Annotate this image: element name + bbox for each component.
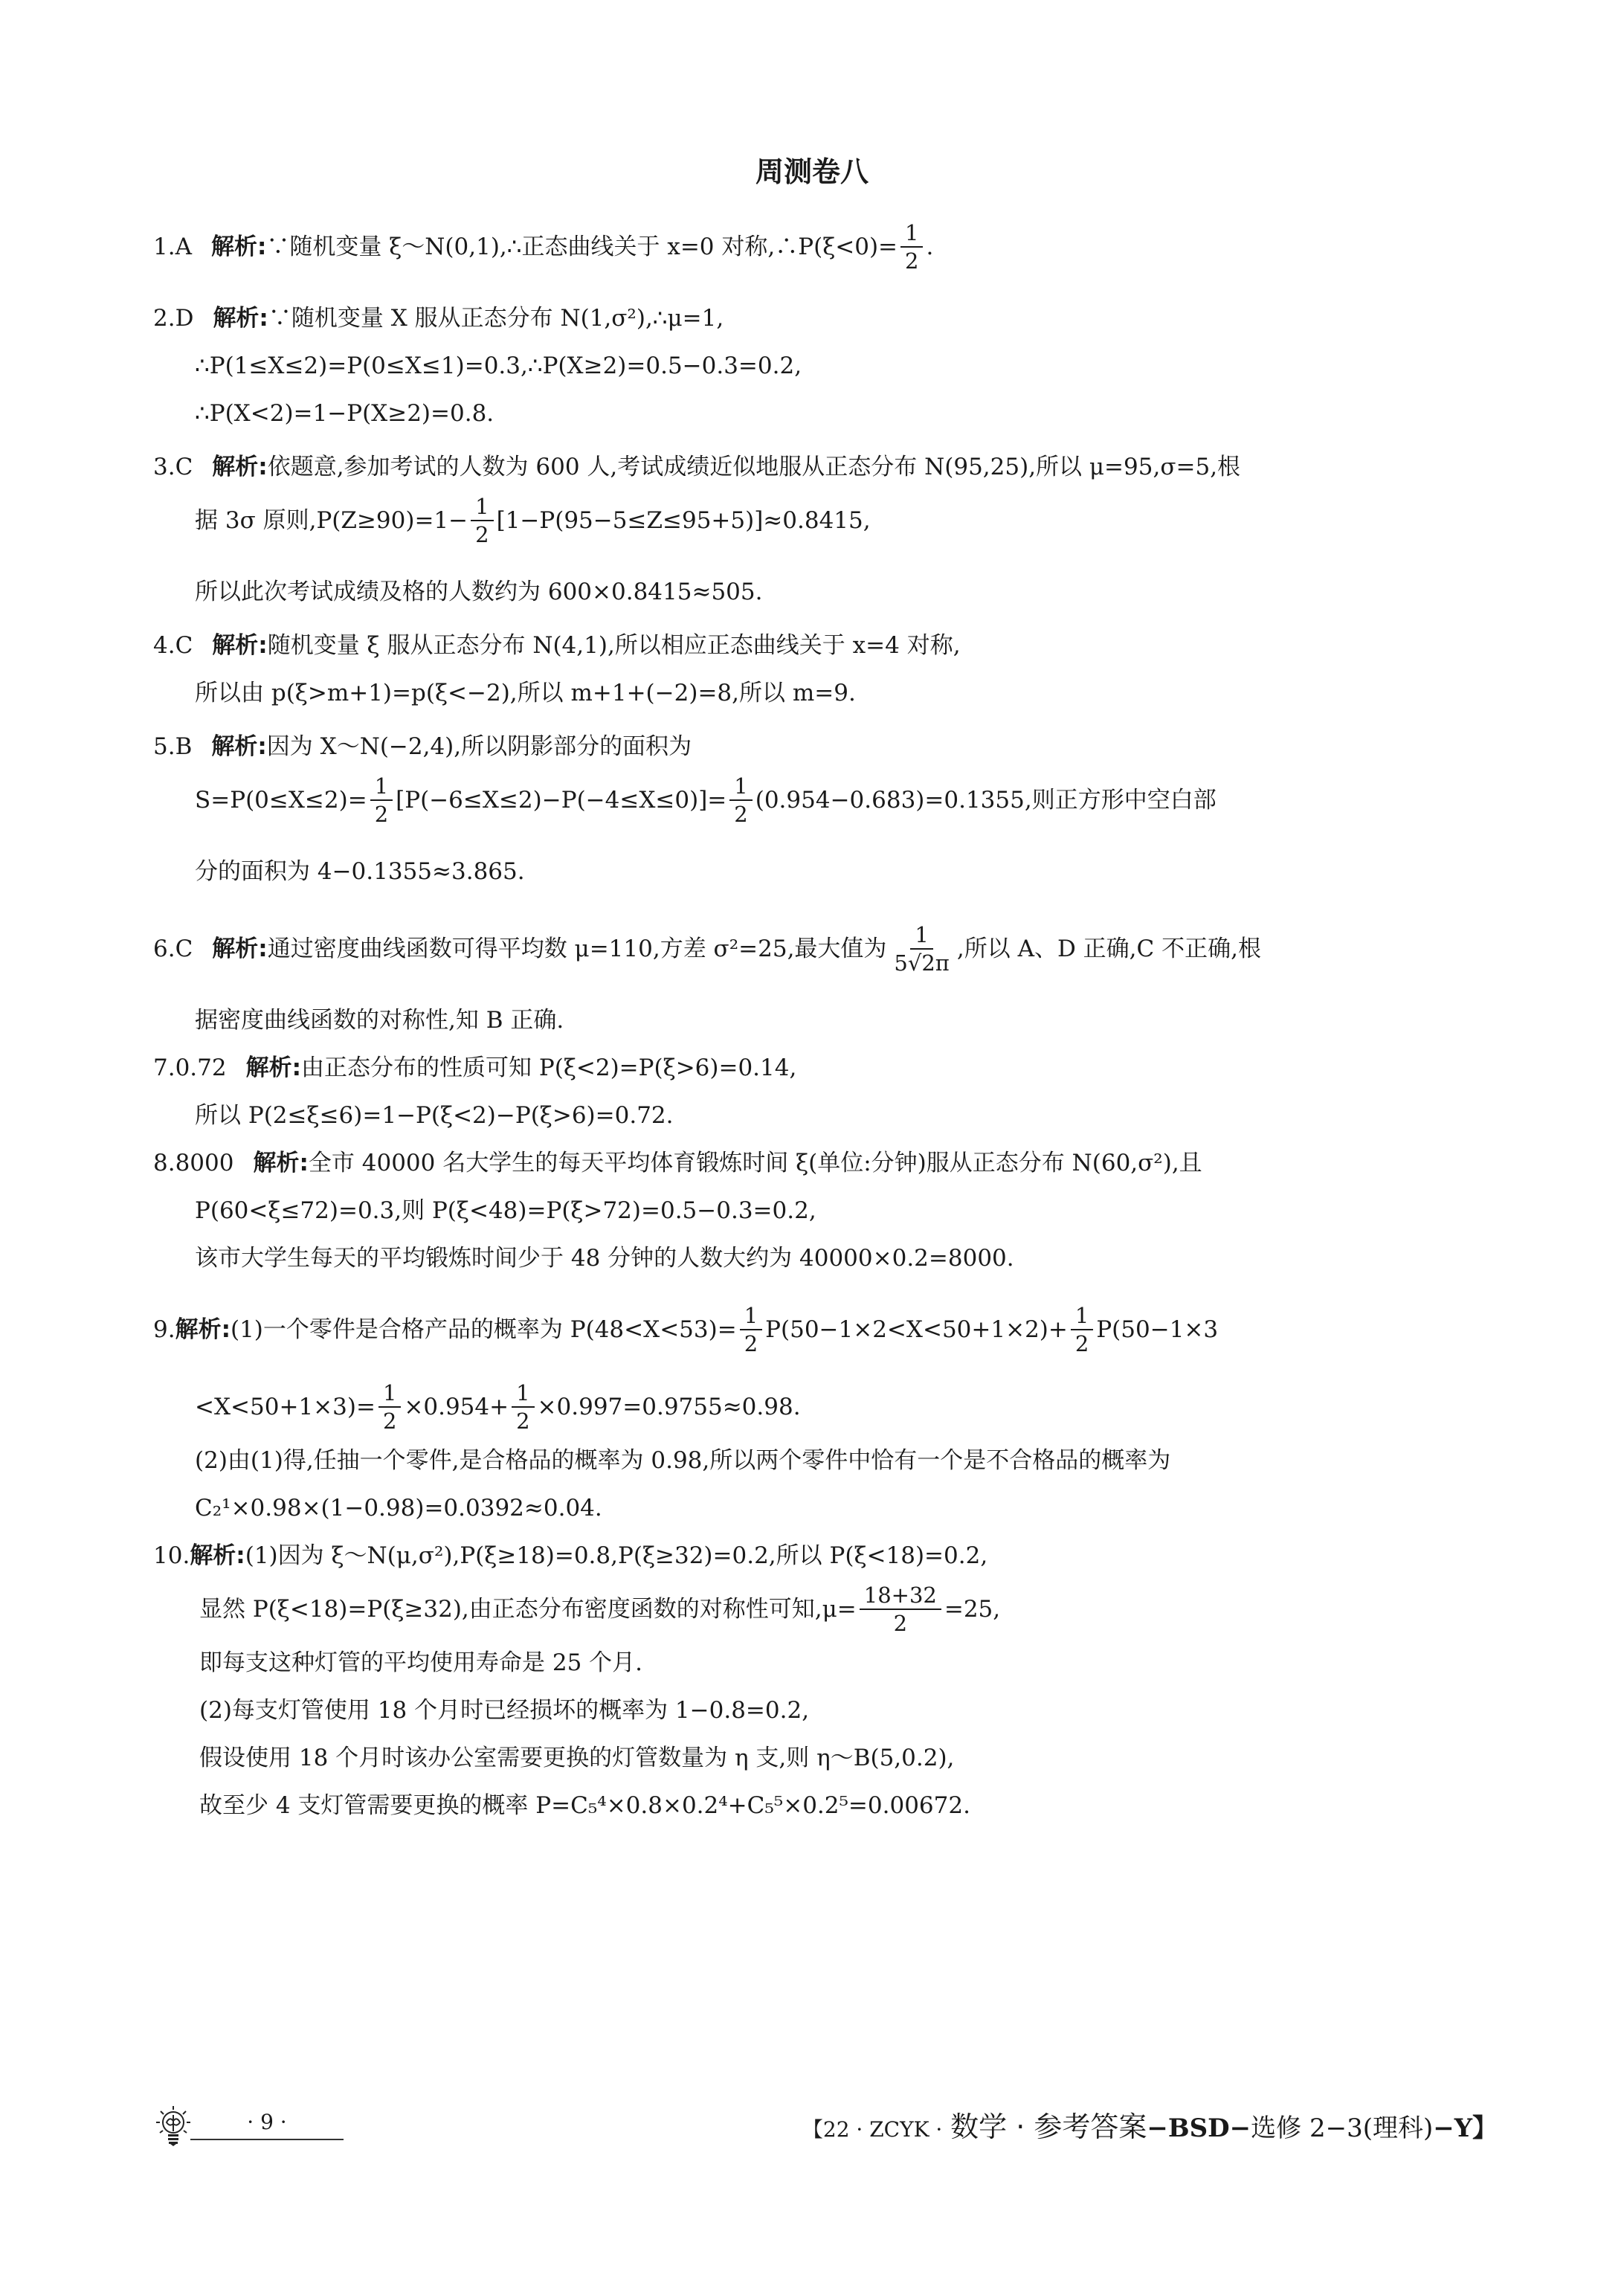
- item-label: 解析:: [212, 452, 267, 482]
- answer-item-6: 6.C 解析: 通过密度曲线函数可得平均数 μ=110,方差 σ²=25,最大值…: [153, 910, 1514, 1035]
- footer-code-suffix-2: −Y】: [1433, 2113, 1498, 2143]
- page-number: · 9 ·: [190, 2106, 344, 2140]
- item-text: 据 3σ 原则,P(Z≥90)=1−: [195, 506, 468, 535]
- answer-item-1: 1.A 解析: ∵随机变量 ξ～N(0,1),∴正态曲线关于 x=0 对称,∴P…: [153, 208, 1514, 286]
- answer-list: 1.A 解析: ∵随机变量 ξ～N(0,1),∴正态曲线关于 x=0 对称,∴P…: [153, 208, 1514, 1820]
- fraction: 12: [740, 1302, 762, 1357]
- item-label: 解析:: [175, 1315, 231, 1345]
- item-text: 据密度曲线函数的对称性,知 B 正确.: [195, 1005, 564, 1035]
- fraction: 15√2π: [889, 921, 953, 976]
- item-label: 解析:: [212, 934, 267, 964]
- footer-course: 选修 2−3(理科): [1251, 2113, 1433, 2143]
- item-text: (2)由(1)得,任抽一个零件,是合格品的概率为 0.98,所以两个零件中恰有一…: [195, 1446, 1170, 1475]
- footer-code: 【22 · ZCYK · 数学 · 参考答案−BSD−选修 2−3(理科)−Y】: [802, 2110, 1498, 2146]
- item-text: 所以 P(2≤ξ≤6)=1−P(ξ<2)−P(ξ>6)=0.72.: [195, 1101, 674, 1130]
- fraction: 12: [471, 493, 493, 548]
- item-text: 因为 X～N(−2,4),所以阴影部分的面积为: [267, 732, 692, 761]
- item-text: 通过密度曲线函数可得平均数 μ=110,方差 σ²=25,最大值为: [268, 934, 887, 964]
- fraction: 12: [370, 773, 393, 828]
- footer-subject: 数学 · 参考答案: [950, 2110, 1147, 2143]
- fraction: 12: [378, 1379, 401, 1434]
- item-text: (1)因为 ξ～N(μ,σ²),P(ξ≥18)=0.8,P(ξ≥32)=0.2,…: [245, 1541, 987, 1571]
- item-number: 2.D: [153, 303, 193, 333]
- page-title: 周测卷八: [0, 149, 1624, 190]
- footer-code-prefix: 【22 · ZCYK ·: [802, 2117, 942, 2142]
- item-text: ∴P(1≤X≤2)=P(0≤X≤1)=0.3,∴P(X≥2)=0.5−0.3=0…: [195, 351, 802, 381]
- item-number: 1.A: [153, 232, 192, 262]
- item-text: S=P(0≤X≤2)=: [195, 785, 367, 815]
- item-text: P(60<ξ≤72)=0.3,则 P(ξ<48)=P(ξ>72)=0.5−0.3…: [195, 1196, 816, 1226]
- item-text: 由正态分布的性质可知 P(ξ<2)=P(ξ>6)=0.14,: [301, 1053, 796, 1083]
- item-text: 该市大学生每天的平均锻炼时间少于 48 分钟的人数大约为 40000×0.2=8…: [195, 1243, 1014, 1273]
- item-text: 显然 P(ξ<18)=P(ξ≥32),由正态分布密度函数的对称性可知,μ=: [199, 1594, 857, 1624]
- answer-item-2: 2.D 解析: ∵随机变量 X 服从正态分布 N(1,σ²),∴μ=1, ∴P(…: [153, 303, 1514, 428]
- item-number: 5.B: [153, 732, 192, 761]
- item-text: 分的面积为 4−0.1355≈3.865.: [195, 857, 525, 886]
- item-number: 4.C: [153, 631, 193, 660]
- item-label: 解析:: [211, 732, 266, 761]
- answer-item-7: 7.0.72 解析: 由正态分布的性质可知 P(ξ<2)=P(ξ>6)=0.14…: [153, 1053, 1514, 1130]
- item-text: <X<50+1×3)=: [195, 1392, 376, 1422]
- item-text: ∵随机变量 ξ～N(0,1),∴正态曲线关于 x=0 对称,∴P(ξ<0)=: [266, 232, 898, 262]
- item-number: 6.C: [153, 934, 193, 964]
- item-text: (2)每支灯管使用 18 个月时已经损坏的概率为 1−0.8=0.2,: [199, 1696, 809, 1725]
- answer-item-4: 4.C 解析: 随机变量 ξ 服从正态分布 N(4,1),所以相应正态曲线关于 …: [153, 631, 1514, 708]
- item-label: 解析:: [253, 1148, 308, 1178]
- answer-item-10: 10. 解析: (1)因为 ξ～N(μ,σ²),P(ξ≥18)=0.8,P(ξ≥…: [153, 1541, 1514, 1820]
- footer-code-suffix-1: −BSD−: [1147, 2113, 1251, 2143]
- fraction: 12: [900, 219, 923, 274]
- answer-item-9: 9. 解析: (1)一个零件是合格产品的概率为 P(48<X<53)= 12 P…: [153, 1291, 1514, 1523]
- item-label: 解析:: [212, 631, 267, 660]
- item-text: 即每支这种灯管的平均使用寿命是 25 个月.: [199, 1648, 642, 1678]
- lightbulb-brain-icon: [156, 2106, 190, 2146]
- fraction: 18+322: [860, 1582, 941, 1637]
- item-number: 7.0.72: [153, 1053, 227, 1083]
- item-label: 解析:: [246, 1053, 301, 1083]
- item-label: 解析:: [213, 303, 268, 333]
- item-text: ∵随机变量 X 服从正态分布 N(1,σ²),∴μ=1,: [268, 303, 724, 333]
- item-text: 依题意,参加考试的人数为 600 人,考试成绩近似地服从正态分布 N(95,25…: [268, 452, 1240, 482]
- item-text: 所以此次考试成绩及格的人数约为 600×0.8415≈505.: [195, 577, 762, 607]
- item-number: 10.: [153, 1541, 190, 1571]
- item-text: ∴P(X<2)=1−P(X≥2)=0.8.: [195, 399, 494, 428]
- item-number: 8.8000: [153, 1148, 233, 1178]
- item-text: (1)一个零件是合格产品的概率为 P(48<X<53)=: [231, 1315, 737, 1345]
- answer-item-5: 5.B 解析: 因为 X～N(−2,4),所以阴影部分的面积为 S=P(0≤X≤…: [153, 732, 1514, 886]
- answer-item-8: 8.8000 解析: 全市 40000 名大学生的每天平均体育锻炼时间 ξ(单位…: [153, 1148, 1514, 1273]
- fraction: 12: [729, 773, 752, 828]
- item-label: 解析:: [190, 1541, 245, 1571]
- item-text: 故至少 4 支灯管需要更换的概率 P=C₅⁴×0.8×0.2⁴+C₅⁵×0.2⁵…: [199, 1791, 970, 1820]
- fraction: 12: [1071, 1302, 1093, 1357]
- fraction: 12: [512, 1379, 534, 1434]
- item-label: 解析:: [211, 232, 266, 262]
- item-number: 9.: [153, 1315, 175, 1345]
- item-text: 全市 40000 名大学生的每天平均体育锻炼时间 ξ(单位:分钟)服从正态分布 …: [309, 1148, 1202, 1178]
- item-number: 3.C: [153, 452, 193, 482]
- item-text: 所以由 p(ξ>m+1)=p(ξ<−2),所以 m+1+(−2)=8,所以 m=…: [195, 678, 856, 708]
- item-text: 假设使用 18 个月时该办公室需要更换的灯管数量为 η 支,则 η～B(5,0.…: [199, 1743, 954, 1773]
- item-text: 随机变量 ξ 服从正态分布 N(4,1),所以相应正态曲线关于 x=4 对称,: [268, 631, 961, 660]
- item-text: C₂¹×0.98×(1−0.98)=0.0392≈0.04.: [195, 1493, 602, 1523]
- answer-item-3: 3.C 解析: 依题意,参加考试的人数为 600 人,考试成绩近似地服从正态分布…: [153, 452, 1514, 607]
